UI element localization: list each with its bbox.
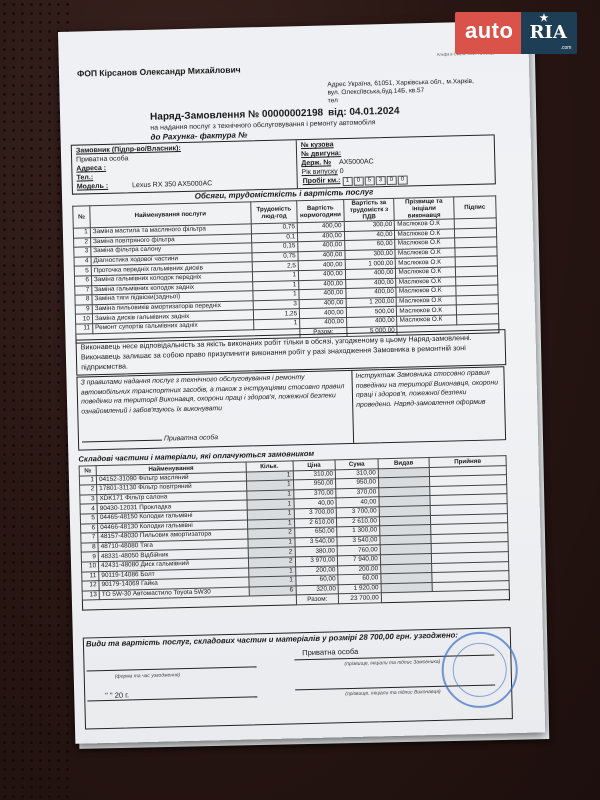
rules-customer-sign: Приватна особа — [164, 434, 218, 442]
row-number: 4 — [74, 257, 91, 267]
row-number: 12 — [82, 581, 99, 591]
mileage-digit: 0 — [353, 177, 363, 186]
total-label: Разом: — [296, 594, 339, 605]
model-label: Модель : — [77, 183, 109, 191]
services-table: №Найменування послугиТрудомість люд-годВ… — [72, 195, 499, 343]
watermark-ria: ★ RIA .com — [521, 12, 577, 54]
row-number: 3 — [80, 494, 97, 504]
order-date: від: 04.01.2024 — [328, 106, 400, 119]
mileage-digit: 0 — [397, 176, 407, 185]
row-number: 7 — [75, 285, 92, 295]
rules-executor-text: Інструктаж Замовника стосовно правил пов… — [352, 367, 505, 443]
spacer — [381, 590, 509, 603]
row-number: 5 — [80, 514, 97, 524]
row-number: 4 — [80, 504, 97, 514]
mileage-digits: 105300 — [341, 176, 407, 187]
row-number: 10 — [81, 562, 98, 572]
star-icon: ★ — [539, 13, 548, 24]
agreement-customer-sign: Приватна особа — [302, 648, 358, 658]
mileage-digit: 5 — [364, 176, 374, 185]
row-number: 2 — [80, 485, 97, 495]
row-number: 6 — [74, 276, 91, 286]
row-number: 11 — [76, 324, 93, 334]
services-header-cell: Вартість нормогодини — [297, 200, 344, 223]
model-value: Lexus RX 350 AX5000AC — [132, 180, 212, 189]
row-number: 3 — [74, 247, 91, 257]
mileage-digit: 0 — [386, 176, 396, 185]
agreement-form-caption: (форма та час узгодження) — [115, 672, 181, 680]
row-number: 2 — [74, 237, 91, 247]
plate-value: AX5000AC — [339, 158, 374, 166]
services-header-cell: Трудомість люд-год — [250, 201, 297, 224]
row-number: 5 — [74, 266, 91, 276]
row-number: 9 — [81, 552, 98, 562]
mileage-label: Пробіг км.: — [303, 177, 341, 185]
year-value: 0 — [340, 168, 344, 175]
row-number: 10 — [75, 314, 92, 324]
year-label: Рік випуску — [301, 168, 337, 176]
row-number: 7 — [81, 533, 98, 543]
company-name: ФОП Кірсанов Олександр Михайлович — [77, 66, 241, 79]
agreement-executor-caption: (прізвище, ініціали та підпис Виконавця) — [345, 689, 441, 697]
work-order-document: Альфа в Омега: 8049-714/2013 ФОП Кірсано… — [58, 21, 545, 744]
parts-total: 23 700,00 — [339, 593, 382, 604]
mileage-digit: 3 — [375, 176, 385, 185]
row-number: 1 — [73, 228, 90, 238]
mileage-digit: 1 — [342, 177, 352, 186]
services-header-cell: Вартість за трудомістк з ПДВ — [343, 198, 394, 221]
agreement-text: Види та вартість послуг, складових части… — [86, 630, 458, 648]
autoria-watermark: auto ★ RIA .com — [455, 12, 577, 54]
agreement-customer-caption: (прізвище, ініціали та підпис Замовника) — [344, 659, 440, 667]
plate-label: Держ. № — [301, 159, 331, 167]
row-number: 8 — [81, 542, 98, 552]
row-number: 8 — [75, 295, 92, 305]
parts-header-cell: № — [79, 466, 96, 476]
row-number: 6 — [81, 523, 98, 533]
company-address: Адрес Україна, 61051, Харківська обл., м… — [327, 78, 488, 106]
services-header-cell: Прізвище та ініціали виконавця — [394, 197, 454, 220]
parts-table: №НайменуванняКільк.ЦінаСумаВидавПрийняв … — [79, 455, 510, 610]
rules-customer-text: З правилами надання послуг з технічного … — [80, 372, 349, 417]
row-number: 9 — [75, 304, 92, 314]
row-number: 11 — [82, 571, 99, 581]
watermark-auto: auto — [455, 12, 521, 54]
services-header-cell: № — [73, 206, 90, 228]
row-number: 1 — [79, 475, 96, 485]
rules-block: З правилами надання послуг з технічного … — [76, 366, 506, 450]
services-header-cell: Підпис — [453, 196, 496, 219]
row-number: 13 — [82, 590, 99, 600]
